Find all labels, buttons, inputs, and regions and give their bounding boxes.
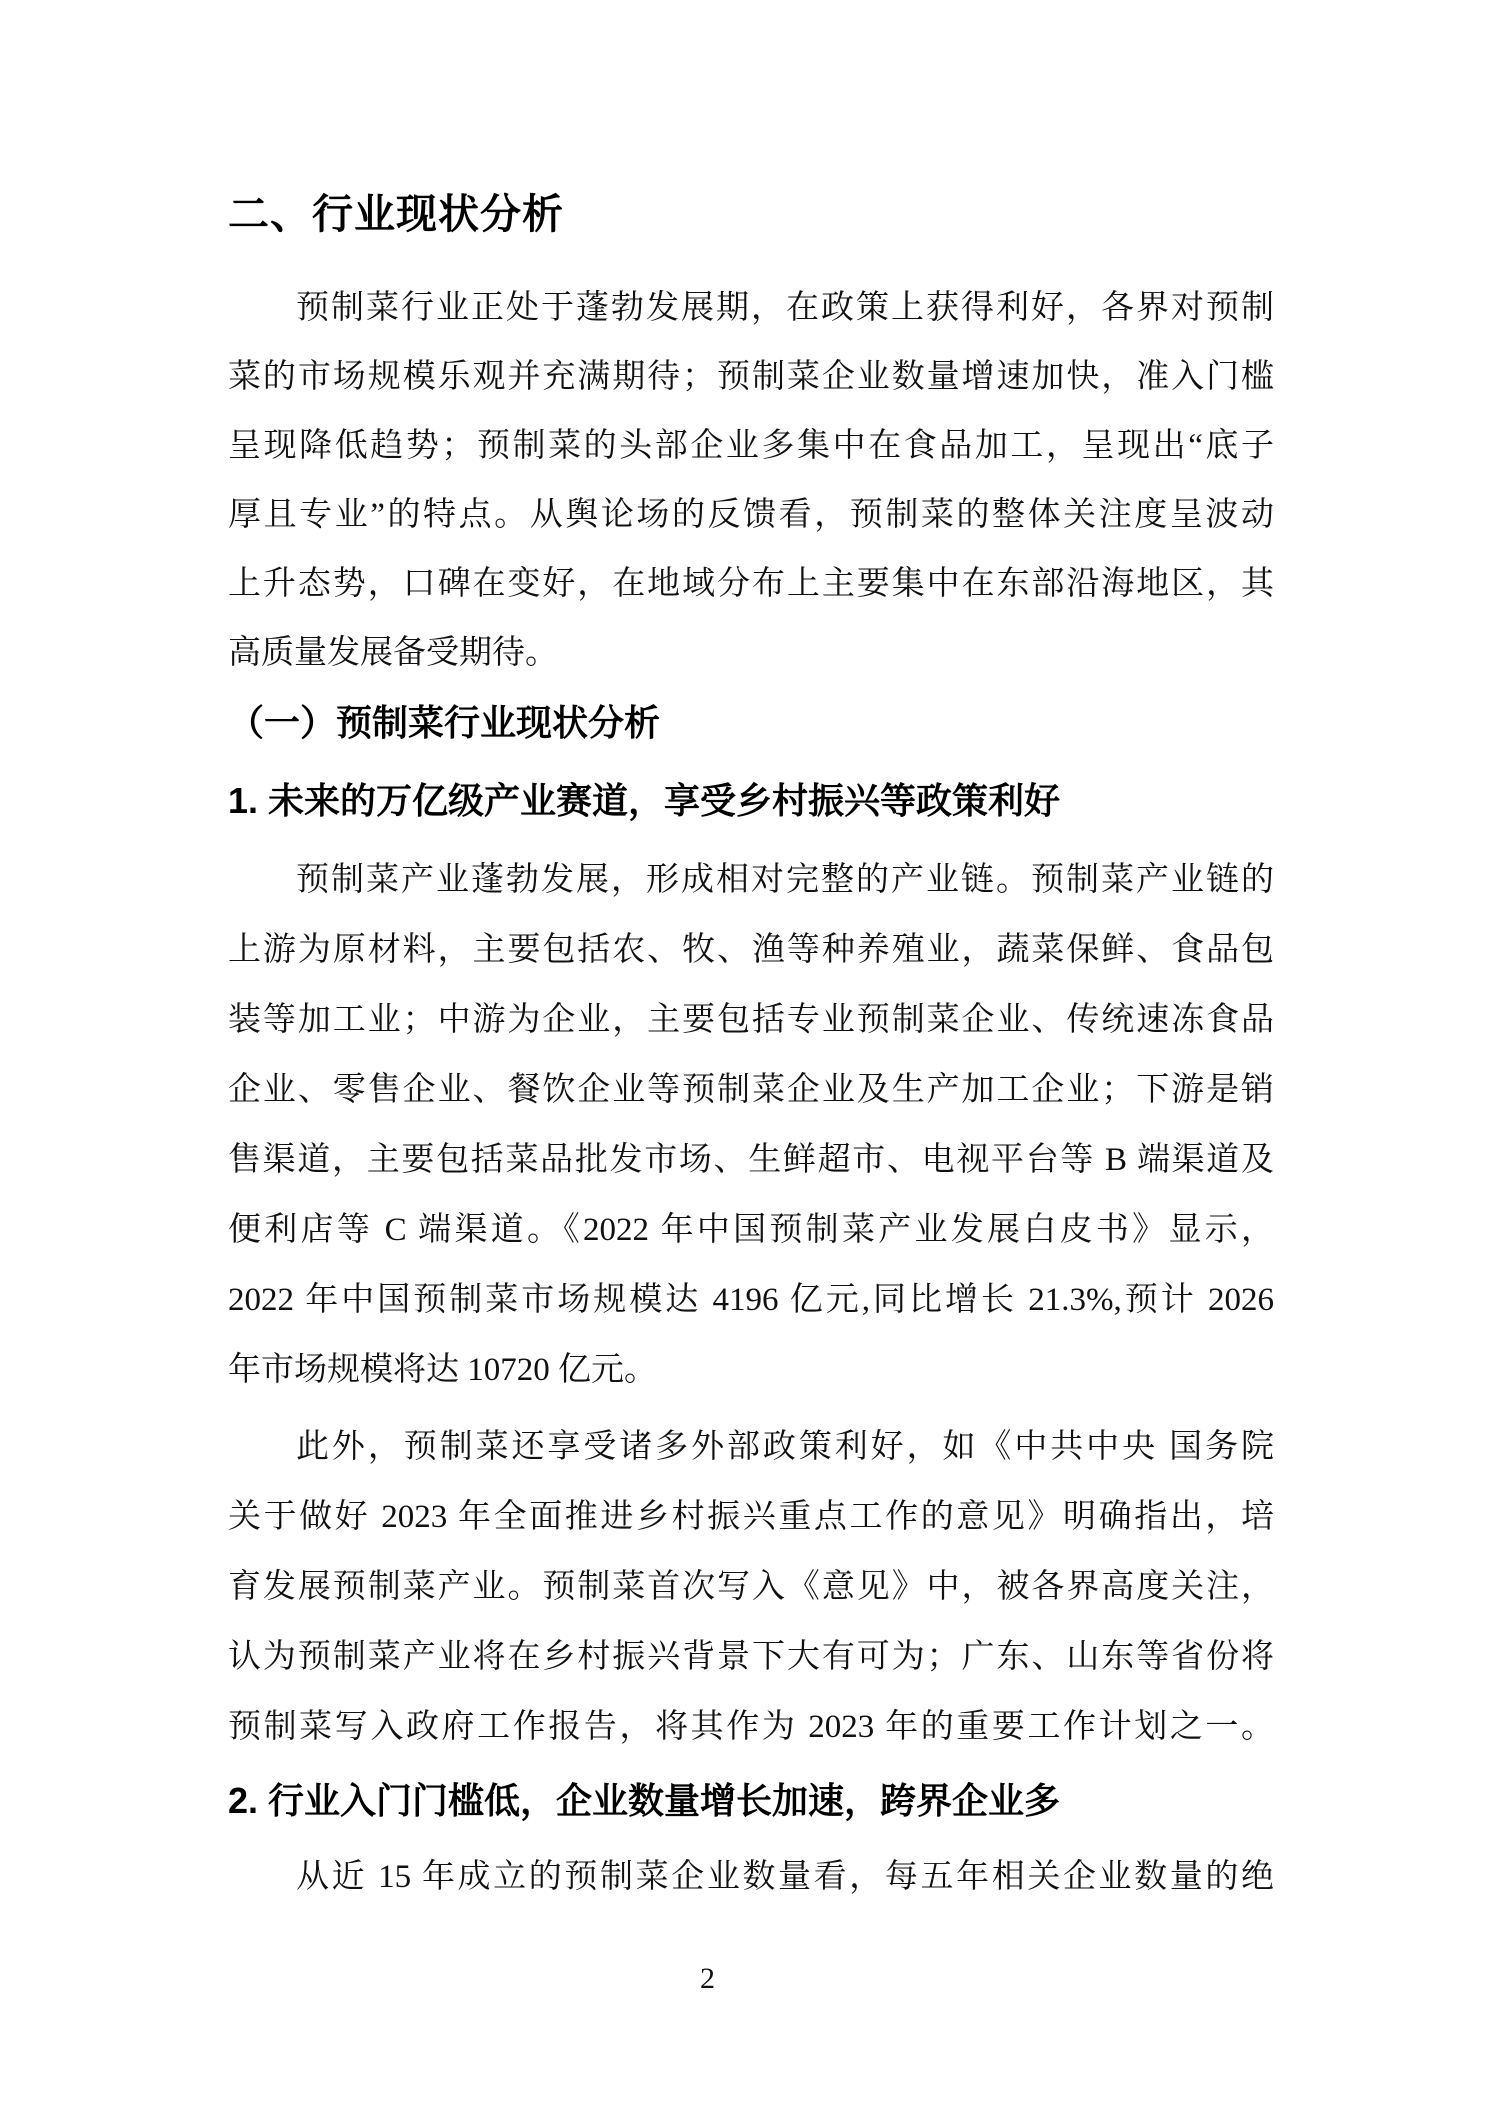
paragraph-line: 2022 年中国预制菜市场规模达 4196 亿元,同比增长 21.3%,预计 2… [228, 1265, 1274, 1335]
paragraph-line: 上游为原材料，主要包括农、牧、渔等种养殖业，蔬菜保鲜、食品包 [228, 915, 1274, 985]
paragraph-line: 上升态势，口碑在变好，在地域分布上主要集中在东部沿海地区，其 [228, 550, 1274, 619]
paragraph-line: 厚且专业”的特点。从舆论场的反馈看，预制菜的整体关注度呈波动 [228, 481, 1274, 550]
paragraph-line: 认为预制菜产业将在乡村振兴背景下大有可为；广东、山东等省份将 [228, 1622, 1274, 1692]
paragraph-line: 呈现降低趋势；预制菜的头部企业多集中在食品加工，呈现出“底子 [228, 412, 1274, 481]
subsection-heading: （一）预制菜行业现状分析 [228, 700, 1274, 746]
paragraph-line: 预制菜写入政府工作报告，将其作为 2023 年的重要工作计划之一。 [228, 1692, 1274, 1762]
paragraph-line: 售渠道，主要包括菜品批发市场、生鲜超市、电视平台等 B 端渠道及 [228, 1125, 1274, 1195]
paragraph-line: 便利店等 C 端渠道。《2022 年中国预制菜产业发展白皮书》显示， [228, 1195, 1274, 1265]
paragraph-intro: 预制菜行业正处于蓬勃发展期，在政策上获得利好，各界对预制 菜的市场规模乐观并充满… [228, 274, 1274, 688]
point-heading-2: 2. 行业入门门槛低，企业数量增长加速，跨界企业多 [228, 1778, 1274, 1824]
paragraph-line: 菜的市场规模乐观并充满期待；预制菜企业数量增速加快，准入门槛 [228, 343, 1274, 412]
paragraph-line: 育发展预制菜产业。预制菜首次写入《意见》中，被各界高度关注， [228, 1552, 1274, 1622]
paragraph-line: 装等加工业；中游为企业，主要包括专业预制菜企业、传统速冻食品 [228, 985, 1274, 1055]
paragraph-line: 高质量发展备受期待。 [228, 619, 1274, 688]
section-heading: 二、行业现状分析 [228, 188, 1274, 240]
paragraph-entry-barrier: 从近 15 年成立的预制菜企业数量看，每五年相关企业数量的绝 [228, 1843, 1274, 1912]
paragraph-line: 此外，预制菜还享受诸多外部政策利好，如《中共中央 国务院 [228, 1412, 1274, 1482]
paragraph-industry-chain: 预制菜产业蓬勃发展，形成相对完整的产业链。预制菜产业链的 上游为原材料，主要包括… [228, 845, 1274, 1405]
paragraph-line: 关于做好 2023 年全面推进乡村振兴重点工作的意见》明确指出，培 [228, 1482, 1274, 1552]
page-number: 2 [700, 1962, 715, 1996]
paragraph-line: 从近 15 年成立的预制菜企业数量看，每五年相关企业数量的绝 [228, 1843, 1274, 1912]
point-heading-1: 1. 未来的万亿级产业赛道，享受乡村振兴等政策利好 [228, 778, 1274, 824]
paragraph-line: 预制菜行业正处于蓬勃发展期，在政策上获得利好，各界对预制 [228, 274, 1274, 343]
paragraph-line: 企业、零售企业、餐饮企业等预制菜企业及生产加工企业；下游是销 [228, 1055, 1274, 1125]
document-page: 二、行业现状分析 预制菜行业正处于蓬勃发展期，在政策上获得利好，各界对预制 菜的… [0, 0, 1500, 2121]
paragraph-line: 年市场规模将达 10720 亿元。 [228, 1335, 1274, 1405]
paragraph-policy: 此外，预制菜还享受诸多外部政策利好，如《中共中央 国务院 关于做好 2023 年… [228, 1412, 1274, 1762]
paragraph-line: 预制菜产业蓬勃发展，形成相对完整的产业链。预制菜产业链的 [228, 845, 1274, 915]
